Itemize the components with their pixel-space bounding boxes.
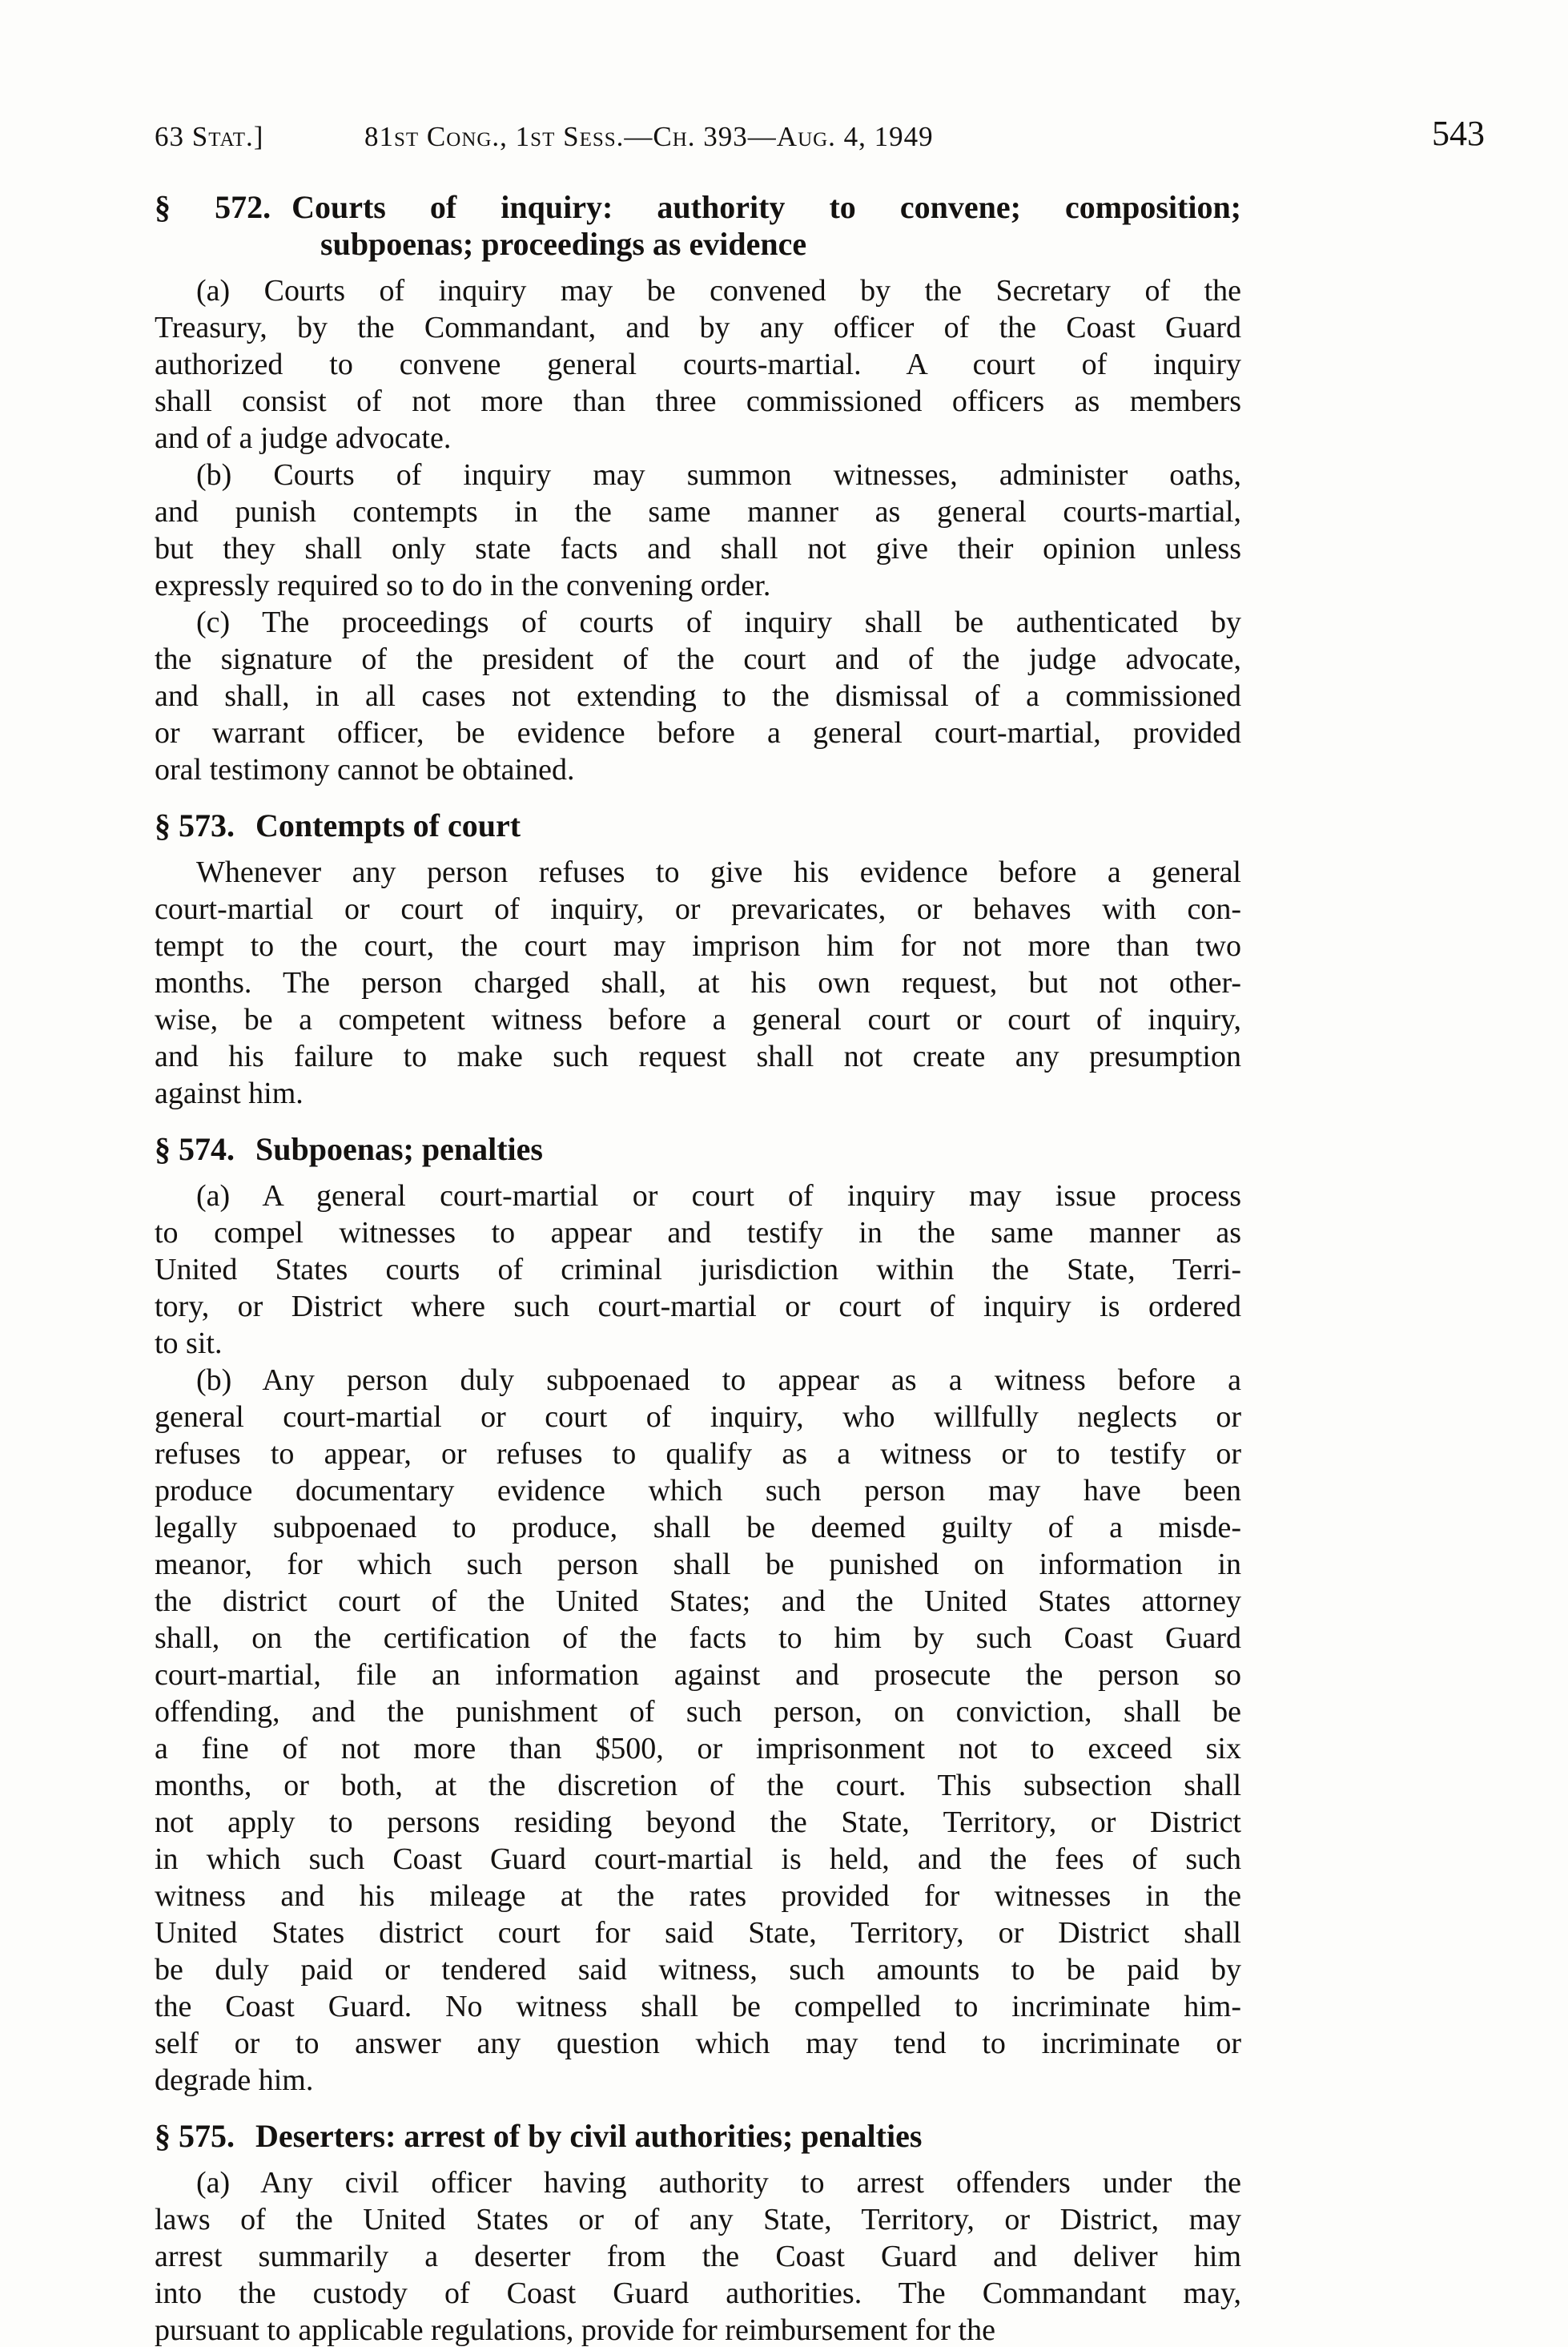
section-heading: § 573.Contempts of court	[155, 807, 1241, 844]
statute-paragraph: (c) The proceedings of courts of inquiry…	[155, 604, 1241, 788]
text-line: refuses to appear, or refuses to qualify…	[155, 1435, 1241, 1472]
text-line: against him.	[155, 1075, 1241, 1112]
statute-paragraph: (a) A general court-martial or court of …	[155, 1178, 1241, 1362]
statute-volume-label: 63 Stat.]	[155, 120, 263, 154]
statute-section-575: § 575.Deserters: arrest of by civil auth…	[155, 2118, 1241, 2347]
text-line: not apply to persons residing beyond the…	[155, 1804, 1241, 1841]
text-line: (b) Any person duly subpoenaed to appear…	[155, 1362, 1241, 1399]
text-line: court-martial, file an information again…	[155, 1657, 1241, 1693]
text-line: be duly paid or tendered said witness, s…	[155, 1951, 1241, 1988]
text-line: witness and his mileage at the rates pro…	[155, 1878, 1241, 1914]
text-line: Whenever any person refuses to give his …	[155, 854, 1241, 891]
text-line: tory, or District where such court-marti…	[155, 1288, 1241, 1325]
text-line: degrade him.	[155, 2062, 1241, 2099]
section-heading: § 575.Deserters: arrest of by civil auth…	[155, 2118, 1241, 2155]
text-line: to sit.	[155, 1325, 1241, 1362]
section-heading: § 572.Courts of inquiry: authority to co…	[155, 189, 1241, 263]
text-line: shall consist of not more than three com…	[155, 383, 1241, 420]
text-line: (c) The proceedings of courts of inquiry…	[155, 604, 1241, 641]
text-line: authorized to convene general courts-mar…	[155, 346, 1241, 383]
text-line: (a) Any civil officer having authority t…	[155, 2164, 1241, 2201]
statute-paragraph: (a) Courts of inquiry may be convened by…	[155, 272, 1241, 457]
text-line: (b) Courts of inquiry may summon witness…	[155, 457, 1241, 493]
text-line: pursuant to applicable regulations, prov…	[155, 2312, 1241, 2347]
statute-section-573: § 573.Contempts of courtWhenever any per…	[155, 807, 1241, 1112]
text-line: expressly required so to do in the conve…	[155, 567, 1241, 604]
section-number: § 574.	[155, 1131, 235, 1167]
statute-paragraph: (a) Any civil officer having authority t…	[155, 2164, 1241, 2347]
text-line: (a) Courts of inquiry may be convened by…	[155, 272, 1241, 309]
text-line: and his failure to make such request sha…	[155, 1038, 1241, 1075]
text-line: months. The person charged shall, at his…	[155, 964, 1241, 1001]
text-line: and punish contempts in the same manner …	[155, 493, 1241, 530]
statute-section-572: § 572.Courts of inquiry: authority to co…	[155, 189, 1241, 788]
text-line: in which such Coast Guard court-martial …	[155, 1841, 1241, 1878]
text-line: arrest summarily a deserter from the Coa…	[155, 2238, 1241, 2275]
text-line: the signature of the president of the co…	[155, 641, 1241, 678]
heading-line: § 572.Courts of inquiry: authority to co…	[155, 189, 1241, 226]
text-line: or warrant officer, be evidence before a…	[155, 715, 1241, 751]
statute-body: § 572.Courts of inquiry: authority to co…	[155, 189, 1241, 2347]
text-line: shall, on the certification of the facts…	[155, 1620, 1241, 1657]
text-line: into the custody of Coast Guard authorit…	[155, 2275, 1241, 2312]
text-line: to compel witnesses to appear and testif…	[155, 1214, 1241, 1251]
text-line: wise, be a competent witness before a ge…	[155, 1001, 1241, 1038]
text-line: court-martial or court of inquiry, or pr…	[155, 891, 1241, 928]
text-line: offending, and the punishment of such pe…	[155, 1693, 1241, 1730]
text-line: a fine of not more than $500, or impriso…	[155, 1730, 1241, 1767]
text-line: United States district court for said St…	[155, 1914, 1241, 1951]
page-number: 543	[1432, 117, 1485, 151]
text-line: self or to answer any question which may…	[155, 2025, 1241, 2062]
heading-line: § 574.Subpoenas; penalties	[155, 1131, 1241, 1168]
text-line: produce documentary evidence which such …	[155, 1472, 1241, 1509]
text-line: (a) A general court-martial or court of …	[155, 1178, 1241, 1214]
section-number: § 575.	[155, 2118, 235, 2154]
text-line: tempt to the court, the court may impris…	[155, 928, 1241, 964]
heading-line: § 575.Deserters: arrest of by civil auth…	[155, 2118, 1241, 2155]
text-line: the Coast Guard. No witness shall be com…	[155, 1988, 1241, 2025]
heading-line: subpoenas; proceedings as evidence	[155, 226, 1241, 263]
text-line: but they shall only state facts and shal…	[155, 530, 1241, 567]
text-line: and of a judge advocate.	[155, 420, 1241, 457]
text-line: meanor, for which such person shall be p…	[155, 1546, 1241, 1583]
text-line: United States courts of criminal jurisdi…	[155, 1251, 1241, 1288]
section-number: § 572.	[155, 189, 271, 225]
statute-paragraph: (b) Courts of inquiry may summon witness…	[155, 457, 1241, 604]
text-line: general court-martial or court of inquir…	[155, 1399, 1241, 1435]
text-line: and shall, in all cases not extending to…	[155, 678, 1241, 715]
statute-paragraph: Whenever any person refuses to give his …	[155, 854, 1241, 1112]
text-line: legally subpoenaed to produce, shall be …	[155, 1509, 1241, 1546]
section-number: § 573.	[155, 807, 235, 843]
text-line: the district court of the United States;…	[155, 1583, 1241, 1620]
scanned-statute-page: 63 Stat.] 81st Cong., 1st Sess.—Ch. 393—…	[0, 0, 1568, 2347]
text-line: months, or both, at the discretion of th…	[155, 1767, 1241, 1804]
statute-paragraph: (b) Any person duly subpoenaed to appear…	[155, 1362, 1241, 2099]
heading-line: § 573.Contempts of court	[155, 807, 1241, 844]
statute-section-574: § 574.Subpoenas; penalties(a) A general …	[155, 1131, 1241, 2099]
text-line: oral testimony cannot be obtained.	[155, 751, 1241, 788]
running-head: 81st Cong., 1st Sess.—Ch. 393—Aug. 4, 19…	[364, 120, 934, 154]
section-heading: § 574.Subpoenas; penalties	[155, 1131, 1241, 1168]
text-line: Treasury, by the Commandant, and by any …	[155, 309, 1241, 346]
text-line: laws of the United States or of any Stat…	[155, 2201, 1241, 2238]
